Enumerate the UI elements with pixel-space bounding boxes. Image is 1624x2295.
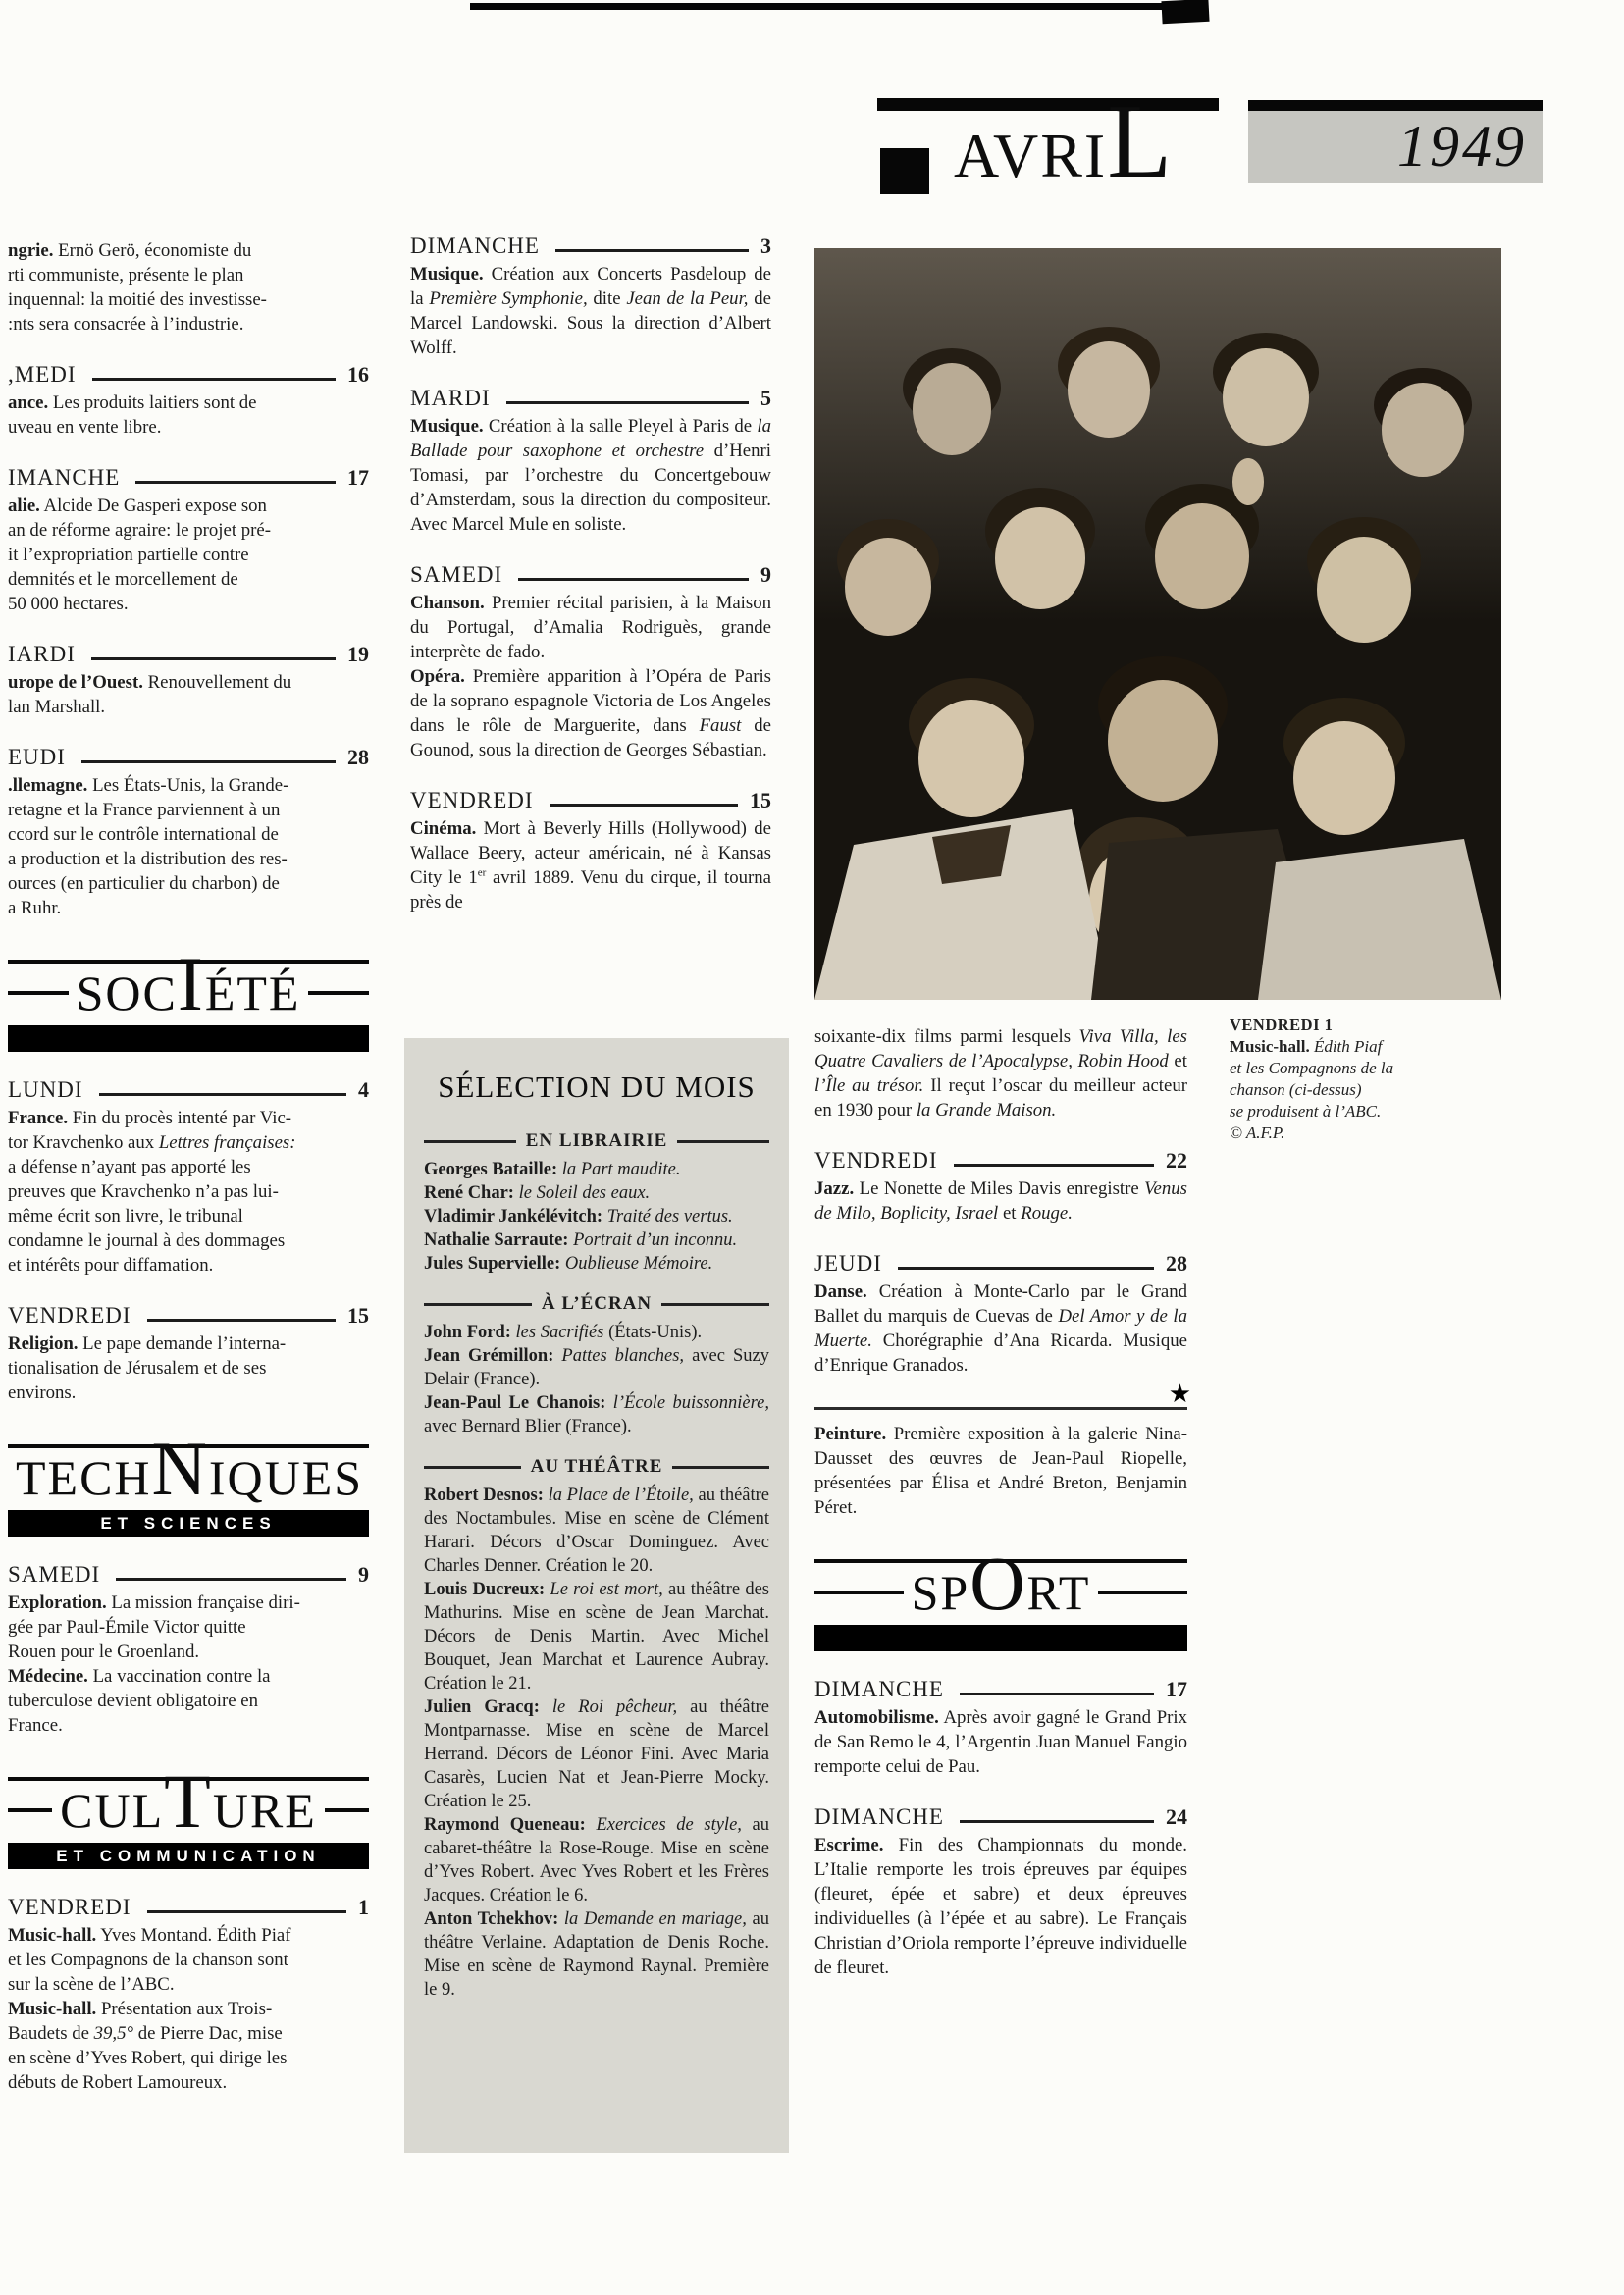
text-segment: urope de l’Ouest. (8, 672, 143, 693)
text-segment: Jean Grémillon: (424, 1346, 553, 1366)
text-segment: Portrait d’un inconnu. (568, 1230, 737, 1250)
month-title: AVRIL (954, 116, 1174, 196)
text-segment: Exercices de style, (586, 1815, 742, 1835)
column-right: soixante-dix films parmi lesquels Viva V… (814, 1024, 1187, 1980)
paragraph: Opéra. Première apparition à l’Opéra de … (410, 664, 771, 762)
text-segment: la Demande en mariage, (558, 1909, 747, 1929)
paragraph: Religion. Le pape demande l’interna-tion… (8, 1331, 369, 1405)
entry-rule (960, 1693, 1154, 1695)
photo-caption-line: chanson (ci-dessus) (1230, 1079, 1524, 1101)
entry-day-number: 15 (750, 788, 771, 813)
text-segment: Music-hall. (8, 1925, 96, 1946)
selection-item: Georges Bataille: la Part maudite. (424, 1158, 769, 1181)
group-heading-rule (661, 1303, 769, 1306)
entry-heading: IMANCHE17 (8, 465, 369, 491)
section-side-rule (8, 1808, 52, 1812)
selection-group-label: À L’ÉCRAN (532, 1293, 661, 1315)
section-big-letter: I (178, 941, 205, 1026)
text-segment: John Ford: (424, 1323, 511, 1342)
entry-day-label: VENDREDI (814, 1148, 938, 1174)
section-side-rule (308, 991, 369, 995)
entry-heading: ,MEDI16 (8, 362, 369, 388)
entry-heading: VENDREDI15 (8, 1303, 369, 1329)
selection-item: Vladimir Jankélévitch: Traité des vertus… (424, 1205, 769, 1228)
entry-day-label: LUNDI (8, 1077, 83, 1103)
selection-group-label: EN LIBRAIRIE (516, 1130, 678, 1152)
text-segment: Pattes blanches, (553, 1346, 684, 1366)
entry-heading: JEUDI28 (814, 1251, 1187, 1277)
section-header: SOCIÉTÉ (8, 960, 369, 1052)
entry-day-label: ,MEDI (8, 362, 77, 388)
year-box: 1949 (1248, 111, 1543, 183)
entry-rule (898, 1267, 1154, 1270)
text-segment: Exploration. (8, 1592, 107, 1613)
text-segment: Robert Desnos: (424, 1486, 544, 1505)
text-segment: la Place de l’Étoile, (544, 1486, 694, 1505)
magazine-page: AVRIL 1949 (0, 0, 1624, 2295)
entry-rule (555, 249, 749, 252)
selection-item: Jean-Paul Le Chanois: l’École buissonniè… (424, 1391, 769, 1438)
selection-box-title: SÉLECTION DU MOIS (424, 1069, 769, 1105)
paragraph: urope de l’Ouest. Renouvellement dulan M… (8, 670, 369, 719)
text-segment: Musique. (410, 264, 484, 285)
text-segment: Music-hall. (1230, 1037, 1310, 1056)
text-segment: 39,5° (94, 2023, 133, 2044)
text-segment: Jazz. (814, 1178, 854, 1199)
text-segment: Viva Villa, les Quatre Cavaliers de l’Ap… (814, 1026, 1187, 1071)
year-label: 1949 (1397, 112, 1527, 181)
photo-caption-line: et les Compagnons de la (1230, 1058, 1524, 1079)
paragraph: Cinéma. Mort à Beverly Hills (Hollywood)… (410, 816, 771, 914)
section-title-row: SPORT (814, 1563, 1187, 1622)
entry-rule (518, 578, 749, 581)
text-segment: .llemagne. (8, 775, 87, 796)
text-segment: Raymond Queneau: (424, 1815, 586, 1835)
text-segment: chanson (ci-dessus) (1230, 1080, 1362, 1099)
entry-rule (147, 1910, 346, 1913)
section-title-row: CULTURE (8, 1781, 369, 1840)
entry-rule (116, 1578, 346, 1581)
text-segment: ance. (8, 392, 48, 413)
entry-day-label: MARDI (410, 386, 491, 411)
group-heading-rule (424, 1466, 521, 1469)
text-segment: Le roi est mort, (545, 1580, 663, 1599)
entry-day-number: 28 (1166, 1251, 1187, 1277)
selection-group-heading: AU THÉÂTRE (424, 1456, 769, 1478)
text-segment: er (478, 867, 487, 879)
entry-rule (135, 481, 336, 484)
section-side-rule (1098, 1591, 1187, 1594)
text-segment: les Sacrifiés (511, 1323, 604, 1342)
selection-item: John Ford: les Sacrifiés (États-Unis). (424, 1321, 769, 1344)
text-segment: Traité des vertus. (602, 1207, 733, 1226)
entry-day-label: IMANCHE (8, 465, 120, 491)
entry-heading: LUNDI4 (8, 1077, 369, 1103)
entry-rule (954, 1164, 1154, 1167)
entry-day-number: 5 (760, 386, 771, 411)
entry-day-number: 28 (347, 745, 369, 770)
paragraph: soixante-dix films parmi lesquels Viva V… (814, 1024, 1187, 1122)
section-big-letter: N (152, 1426, 209, 1511)
text-segment: et les Compagnons de la (1230, 1059, 1393, 1077)
entry-day-label: IARDI (8, 642, 76, 667)
entry-rule (99, 1093, 346, 1096)
selection-item: Louis Ducreux: Le roi est mort, au théât… (424, 1578, 769, 1695)
entry-heading: MARDI5 (410, 386, 771, 411)
paragraph: Escrime. Fin des Championnats du monde. … (814, 1833, 1187, 1980)
entry-heading: DIMANCHE24 (814, 1804, 1187, 1830)
entry-day-number: 1 (358, 1895, 369, 1920)
text-segment: Escrime. (814, 1835, 883, 1855)
star-rule: ★ (814, 1405, 1187, 1410)
selection-group-heading: EN LIBRAIRIE (424, 1130, 769, 1152)
paragraph: Music-hall. Yves Montand. Édith Piafet l… (8, 1923, 369, 1997)
text-segment: Peinture. (814, 1424, 886, 1444)
entry-rule (91, 657, 336, 660)
text-segment: Religion. (8, 1333, 78, 1354)
paragraph: Music-hall. Présentation aux Trois-Baude… (8, 1997, 369, 2095)
entry-heading: VENDREDI22 (814, 1148, 1187, 1174)
entry-day-number: 3 (760, 234, 771, 259)
selection-item: Julien Gracq: le Roi pêcheur, au théâtre… (424, 1695, 769, 1813)
section-black-bar: ET SCIENCES (8, 1510, 369, 1537)
entry-heading: VENDREDI1 (8, 1895, 369, 1920)
paragraph: alie. Alcide De Gasperi expose sonan de … (8, 494, 369, 616)
column-left: ngrie. Ernö Gerö, économiste durti commu… (8, 238, 369, 2095)
text-segment: Danse. (814, 1281, 867, 1302)
selection-item: Raymond Queneau: Exercices de style, au … (424, 1813, 769, 1907)
photo-caption-line: © A.F.P. (1230, 1122, 1524, 1144)
section-black-bar (8, 1025, 369, 1052)
column-middle: DIMANCHE3Musique. Création aux Concerts … (410, 234, 771, 914)
entry-day-number: 15 (347, 1303, 369, 1329)
selection-item: Anton Tchekhov: la Demande en mariage, a… (424, 1907, 769, 2002)
entry-day-label: SAMEDI (8, 1562, 100, 1588)
selection-du-mois-box: SÉLECTION DU MOIS EN LIBRAIRIEGeorges Ba… (404, 1038, 789, 2153)
text-segment: © A.F.P. (1230, 1123, 1284, 1142)
year-box-bar (1248, 100, 1543, 111)
text-segment: Édith Piaf (1310, 1037, 1383, 1056)
entry-day-number: 9 (358, 1562, 369, 1588)
text-segment: Chanson. (410, 593, 485, 613)
text-segment: Médecine. (8, 1666, 88, 1687)
paragraph: Musique. Création aux Concerts Pasdeloup… (410, 262, 771, 360)
text-segment: Jules Supervielle: (424, 1254, 560, 1274)
month-title-big-letter: L (1107, 83, 1174, 200)
entry-rule (92, 378, 336, 381)
text-segment: Jean de la Peur, (626, 288, 748, 309)
selection-box-groups: EN LIBRAIRIEGeorges Bataille: la Part ma… (424, 1130, 769, 2002)
month-title-pre: AVRI (954, 121, 1107, 190)
paragraph: France. Fin du procès intenté par Vic-to… (8, 1106, 369, 1278)
group-heading-rule (424, 1140, 516, 1143)
text-segment: Première Symphonie, (429, 288, 587, 309)
text-segment: Music-hall. (8, 1999, 96, 2019)
text-segment: ngrie. (8, 240, 53, 261)
section-side-rule (325, 1808, 369, 1812)
section-header: CULTUREET COMMUNICATION (8, 1777, 369, 1869)
paragraph: Jazz. Le Nonette de Miles Davis enregist… (814, 1176, 1187, 1226)
entry-heading: VENDREDI15 (410, 788, 771, 813)
paragraph: Chanson. Premier récital parisien, à la … (410, 591, 771, 664)
text-segment: Jean-Paul Le Chanois: (424, 1393, 605, 1413)
entry-heading: EUDI28 (8, 745, 369, 770)
entry-day-label: VENDREDI (410, 788, 534, 813)
entry-day-label: DIMANCHE (814, 1677, 944, 1702)
text-segment: Venus de Milo, Boplicity, Israel (814, 1178, 1187, 1224)
paragraph: ance. Les produits laitiers sont deuveau… (8, 391, 369, 440)
text-segment: Anton Tchekhov: (424, 1909, 558, 1929)
selection-group-heading: À L’ÉCRAN (424, 1293, 769, 1315)
section-title: TECHNIQUES (8, 1448, 371, 1507)
entry-day-label: VENDREDI (8, 1895, 131, 1920)
section-title-row: TECHNIQUES (8, 1448, 369, 1507)
entry-rule (147, 1319, 336, 1322)
entry-day-number: 22 (1166, 1148, 1187, 1174)
text-segment: Nathalie Sarraute: (424, 1230, 568, 1250)
section-big-letter: O (969, 1540, 1026, 1626)
text-segment: Cinéma. (410, 818, 476, 839)
text-segment: l’École buissonnière, (605, 1393, 769, 1413)
entry-day-label: EUDI (8, 745, 66, 770)
entry-day-label: DIMANCHE (814, 1804, 944, 1830)
section-title: SPORT (904, 1563, 1099, 1622)
selection-group-label: AU THÉÂTRE (521, 1456, 673, 1478)
text-segment: la Grande Maison. (917, 1100, 1056, 1121)
paragraph: ngrie. Ernö Gerö, économiste durti commu… (8, 238, 369, 337)
selection-item: Nathalie Sarraute: Portrait d’un inconnu… (424, 1228, 769, 1252)
text-segment: alie. (8, 496, 40, 516)
text-segment: Oublieuse Mémoire. (560, 1254, 712, 1274)
entry-day-number: 9 (760, 562, 771, 588)
text-segment: le Soleil des eaux. (514, 1183, 650, 1203)
photo-caption-line: se produisent à l’ABC. (1230, 1101, 1524, 1122)
entry-day-number: 24 (1166, 1804, 1187, 1830)
section-title: SOCIÉTÉ (69, 964, 309, 1022)
text-segment: Julien Gracq: (424, 1697, 540, 1717)
section-title: CULTURE (52, 1781, 325, 1840)
text-segment: se produisent à l’ABC. (1230, 1102, 1381, 1121)
selection-item: Jules Supervielle: Oublieuse Mémoire. (424, 1252, 769, 1276)
entry-heading: DIMANCHE3 (410, 234, 771, 259)
entry-day-number: 17 (1166, 1677, 1187, 1702)
entry-day-number: 17 (347, 465, 369, 491)
entry-heading: SAMEDI9 (8, 1562, 369, 1588)
section-side-rule (8, 991, 69, 995)
paragraph: Peinture. Première exposition à la galer… (814, 1422, 1187, 1520)
text-segment: Rouge. (1021, 1203, 1073, 1224)
photo-caption-lines: Music-hall. Édith Piafet les Compagnons … (1230, 1036, 1524, 1144)
entry-day-label: DIMANCHE (410, 234, 540, 259)
top-rule (470, 3, 1163, 10)
entry-day-label: VENDREDI (8, 1303, 131, 1329)
selection-item: René Char: le Soleil des eaux. (424, 1181, 769, 1205)
photo-caption-heading: VENDREDI 1 (1230, 1015, 1524, 1036)
text-segment: Louis Ducreux: (424, 1580, 545, 1599)
text-segment: Automobilisme. (814, 1707, 939, 1728)
group-heading-rule (672, 1466, 769, 1469)
entry-heading: IARDI19 (8, 642, 369, 667)
paragraph: .llemagne. Les États-Unis, la Grande-ret… (8, 773, 369, 920)
text-segment: le Roi pêcheur, (540, 1697, 677, 1717)
entry-day-number: 19 (347, 642, 369, 667)
text-segment: Musique. (410, 416, 484, 437)
entry-day-label: JEUDI (814, 1251, 882, 1277)
group-heading-rule (424, 1303, 532, 1306)
paragraph: Exploration. La mission française diri-g… (8, 1591, 369, 1664)
group-photo (814, 248, 1501, 1000)
text-segment: Opéra. (410, 666, 465, 687)
entry-rule (960, 1820, 1154, 1823)
section-title-row: SOCIÉTÉ (8, 964, 369, 1022)
section-black-bar (814, 1625, 1187, 1651)
section-side-rule (814, 1591, 904, 1594)
paragraph: Automobilisme. Après avoir gagné le Gran… (814, 1705, 1187, 1779)
selection-item: Robert Desnos: la Place de l’Étoile, au … (424, 1484, 769, 1578)
paragraph: Médecine. La vaccination contre latuberc… (8, 1664, 369, 1738)
entry-rule (81, 760, 336, 763)
group-heading-rule (677, 1140, 769, 1143)
text-segment: Lettres françaises: (159, 1132, 296, 1153)
text-segment: France. (8, 1108, 68, 1128)
entry-heading: SAMEDI9 (410, 562, 771, 588)
section-header: TECHNIQUESET SCIENCES (8, 1444, 369, 1537)
star-icon: ★ (1169, 1380, 1191, 1409)
entry-day-label: SAMEDI (410, 562, 502, 588)
section-big-letter: T (164, 1758, 213, 1844)
text-segment: Del Amor y de la Muerte. (814, 1306, 1187, 1351)
paragraph: Musique. Création à la salle Pleyel à Pa… (410, 414, 771, 537)
entry-heading: DIMANCHE17 (814, 1677, 1187, 1702)
text-segment: Vladimir Jankélévitch: (424, 1207, 602, 1226)
month-header-square (880, 148, 929, 194)
entry-rule (506, 401, 749, 404)
section-black-bar: ET COMMUNICATION (8, 1843, 369, 1869)
text-segment: René Char: (424, 1183, 514, 1203)
paragraph: Danse. Création à Monte-Carlo par le Gra… (814, 1279, 1187, 1378)
text-segment: Georges Bataille: (424, 1160, 557, 1179)
text-segment: l’Île au trésor. (814, 1075, 923, 1096)
section-header: SPORT (814, 1559, 1187, 1651)
top-ink-mark (1161, 0, 1209, 24)
entry-rule (550, 804, 738, 807)
text-segment: Faust (700, 715, 742, 736)
selection-item: Jean Grémillon: Pattes blanches, avec Su… (424, 1344, 769, 1391)
photo-caption: VENDREDI 1 Music-hall. Édith Piafet les … (1230, 1015, 1524, 1144)
photo-caption-line: Music-hall. Édith Piaf (1230, 1036, 1524, 1058)
text-segment: la Part maudite. (557, 1160, 680, 1179)
entry-day-number: 4 (358, 1077, 369, 1103)
entry-day-number: 16 (347, 362, 369, 388)
